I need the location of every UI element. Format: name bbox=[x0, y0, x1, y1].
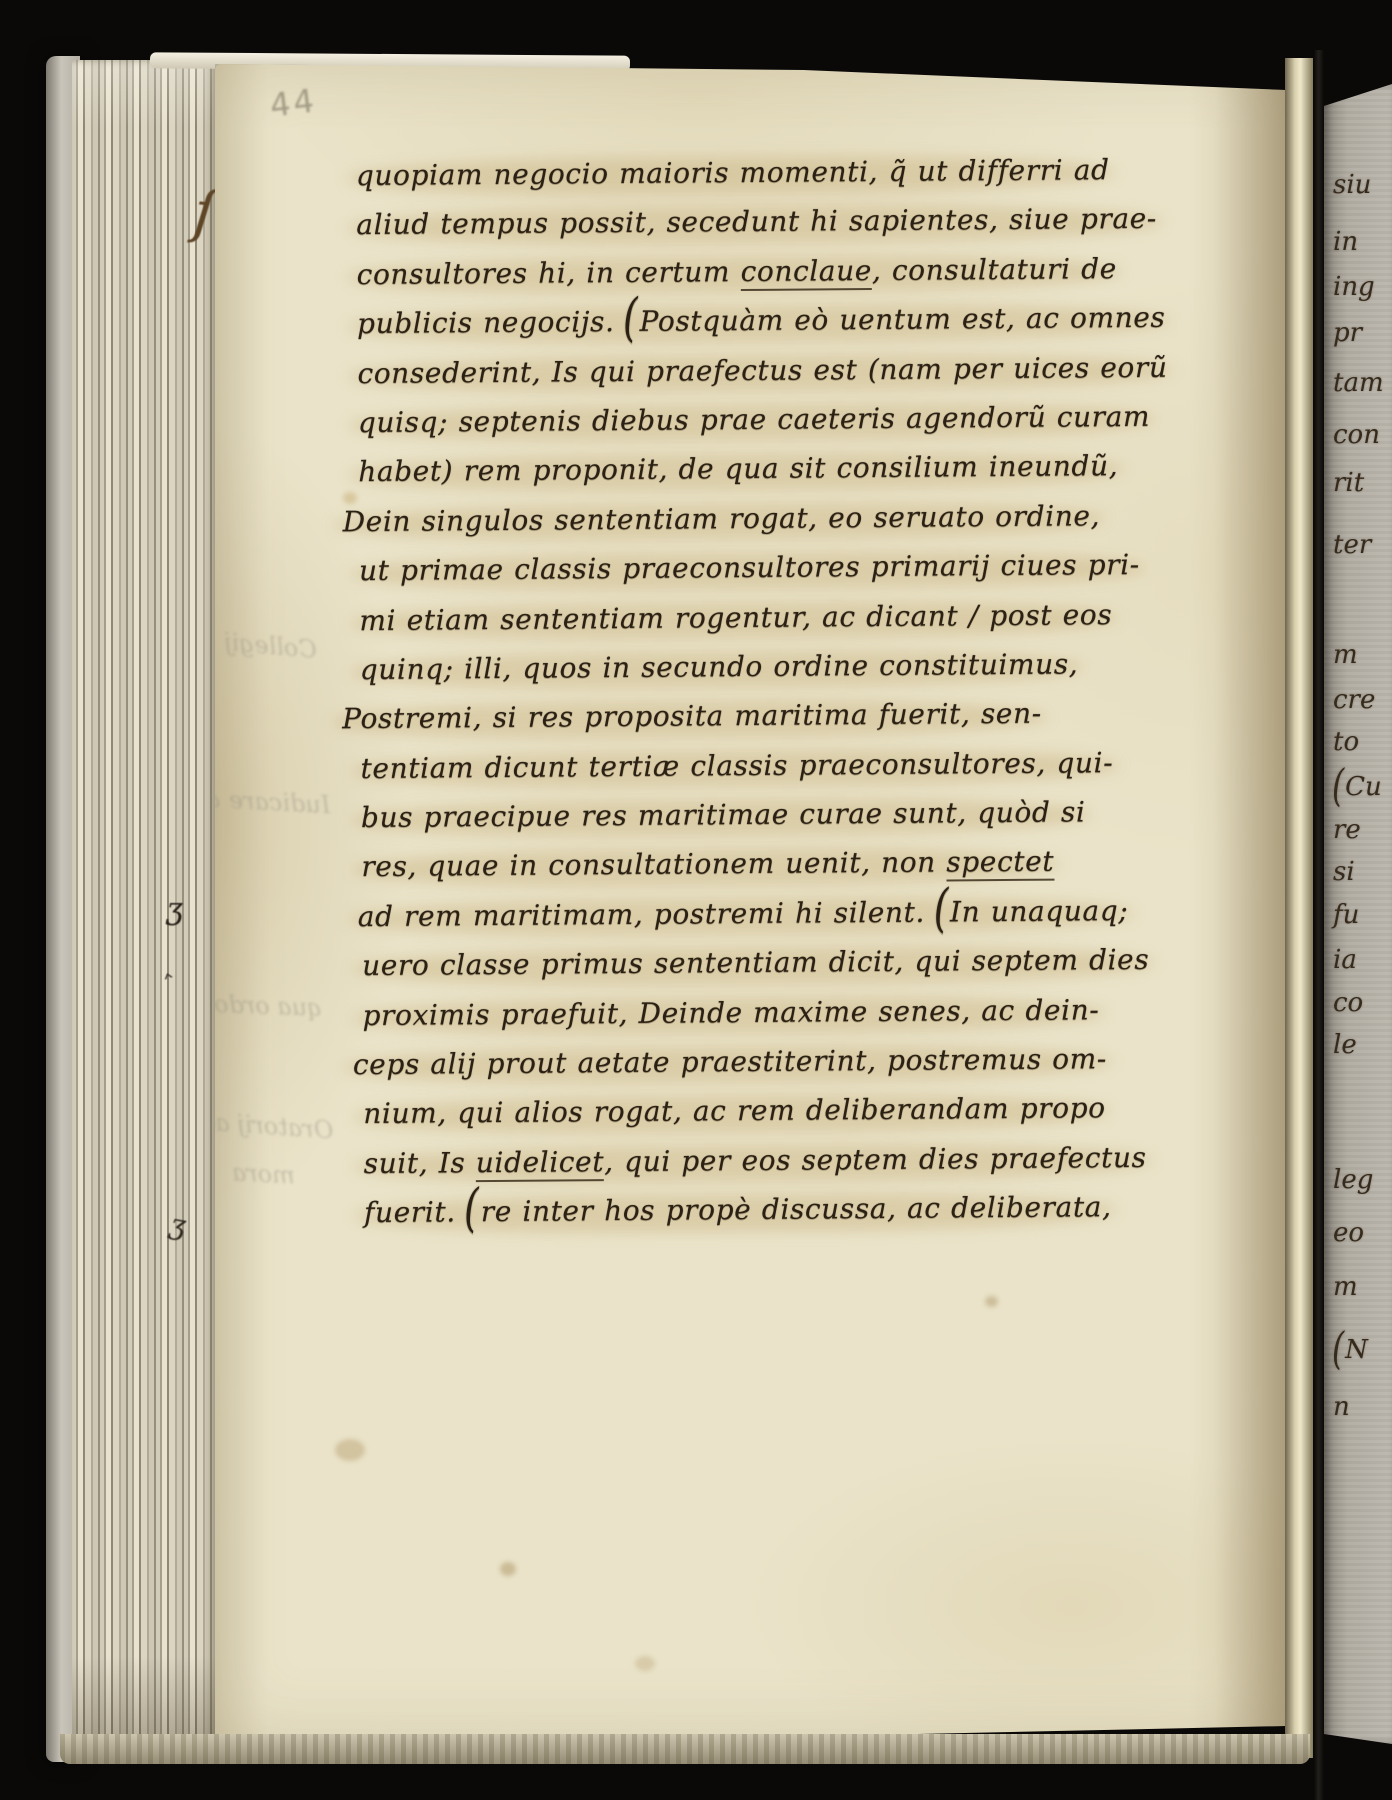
text-line: Postremi, si res proposita maritima fuer… bbox=[342, 689, 1042, 744]
bleedthrough-ghost-text: Oratorij ad bbox=[199, 1107, 334, 1144]
text-line: ut primae classis praeconsultores primar… bbox=[359, 540, 1140, 596]
text-line: proximis praefuit, Deinde maxime senes, … bbox=[362, 985, 1099, 1040]
line-text: bus praecipue res maritimae curae sunt, … bbox=[361, 795, 1086, 834]
line-text: res, quae in consultationem uenit, non bbox=[361, 846, 946, 884]
facing-page-word-fragment: con bbox=[1333, 420, 1380, 450]
text-line: mi etiam sententiam rogentur, ac dicant … bbox=[359, 590, 1112, 645]
book-photo: ſ ʒ ‸ ʒ 44 quopiam negocio maioris momen… bbox=[0, 0, 1392, 1800]
paper-stain bbox=[343, 492, 357, 504]
facing-page-word-fragment: si bbox=[1333, 857, 1355, 887]
bleedthrough-ghost-text: Iudicare q bbox=[205, 785, 331, 819]
facing-page-word-fragment: cre bbox=[1333, 685, 1375, 715]
paper-stain bbox=[500, 1562, 516, 1576]
facing-page-word-fragment: m bbox=[1333, 1272, 1358, 1302]
facing-page-word-fragment: pr bbox=[1333, 318, 1362, 348]
facing-page-word-fragment: co bbox=[1333, 988, 1363, 1018]
gutter-shadow bbox=[1215, 64, 1285, 1740]
text-line: tentiam dicunt tertiæ classis praeconsul… bbox=[360, 738, 1113, 793]
facing-page-word-fragment: in bbox=[1333, 227, 1358, 257]
line-text: publicis negocijs. bbox=[357, 305, 625, 340]
line-text: quisq; septenis diebus prae caeteris age… bbox=[358, 400, 1151, 439]
line-text: consultores hi, in certum bbox=[357, 255, 741, 291]
text-line: ceps alij prout aetate praestiterint, po… bbox=[353, 1034, 1107, 1089]
bleedthrough-ghost-text: Collegij bbox=[223, 628, 318, 664]
line-text: consederint, Is qui praefectus est (nam … bbox=[357, 350, 1167, 389]
line-text: Dein singulos sententiam rogat, eo serua… bbox=[343, 499, 1101, 538]
bleedthrough-ghost-text: qua ordo bbox=[214, 990, 323, 1022]
line-text: suit, Is bbox=[364, 1146, 476, 1180]
line-text: ceps alij prout aetate praestiterint, po… bbox=[353, 1042, 1107, 1081]
facing-page-word-fragment: fu bbox=[1333, 900, 1359, 930]
paper-stain bbox=[335, 1439, 365, 1461]
text-line: aliud tempus possit, secedunt hi sapient… bbox=[356, 194, 1157, 250]
line-text: Postremi, si res proposita maritima fuer… bbox=[342, 697, 1042, 735]
facing-page-text: siuiningprtamconrittermcreto(Curesifuiac… bbox=[1324, 84, 1392, 1744]
ink-mark: ʒ bbox=[166, 892, 183, 927]
line-text: proximis praefuit, Deinde maxime senes, … bbox=[362, 993, 1099, 1032]
line-text: Postquàm eò uentum est, ac omnes bbox=[639, 301, 1165, 338]
facing-page-word-fragment: re bbox=[1333, 815, 1361, 845]
facing-page-word-fragment: ter bbox=[1333, 530, 1371, 560]
text-line: publicis negocijs. (Postquàm eò uentum e… bbox=[357, 293, 1166, 349]
facing-page: siuiningprtamconrittermcreto(Curesifuiac… bbox=[1324, 84, 1392, 1744]
facing-page-word-fragment: ing bbox=[1333, 272, 1375, 302]
text-line: Dein singulos sententiam rogat, eo serua… bbox=[342, 491, 1100, 546]
text-line: quinq; illi, quos in secundo ordine cons… bbox=[360, 639, 1079, 694]
facing-page-word-fragment: leg bbox=[1333, 1165, 1373, 1195]
facing-page-word-fragment: (N bbox=[1333, 1335, 1368, 1365]
line-text: aliud tempus possit, secedunt hi sapient… bbox=[356, 202, 1157, 241]
line-text: habet) rem proponit, de qua sit consiliu… bbox=[358, 449, 1118, 488]
paper-stain bbox=[635, 1656, 655, 1671]
facing-page-word-fragment: siu bbox=[1333, 170, 1371, 200]
line-text: mi etiam sententiam rogentur, ac dicant … bbox=[359, 598, 1112, 637]
facing-page-word-fragment: eo bbox=[1333, 1218, 1364, 1248]
line-text: re inter hos propè discussa, ac delibera… bbox=[481, 1190, 1112, 1228]
insertion-bracket: ( bbox=[1332, 1325, 1344, 1376]
line-text: fuerit. bbox=[364, 1195, 466, 1229]
line-text: quopiam negocio maioris momenti, q̃ ut d… bbox=[356, 153, 1110, 192]
text-line: consultores hi, in certum conclaue, cons… bbox=[357, 244, 1118, 299]
line-text: quinq; illi, quos in secundo ordine cons… bbox=[360, 647, 1079, 686]
facing-page-word-fragment: le bbox=[1333, 1030, 1357, 1060]
page-stack-fore-edges bbox=[72, 60, 218, 1758]
text-line: ad rem maritimam, postremi hi silent. (I… bbox=[358, 886, 1129, 941]
insertion-bracket: ( bbox=[1332, 762, 1344, 813]
text-line: uero classe primus sententiam dicit, qui… bbox=[362, 935, 1149, 991]
facing-page-word-fragment: tam bbox=[1333, 368, 1384, 398]
text-line: bus praecipue res maritimae curae sunt, … bbox=[361, 787, 1086, 842]
facing-page-word-fragment: (Cu bbox=[1333, 772, 1382, 802]
text-line: quisq; septenis diebus prae caeteris age… bbox=[358, 392, 1151, 448]
manuscript-page: 44 quopiam negocio maioris momenti, q̃ u… bbox=[215, 64, 1285, 1740]
line-text: , consultaturi de bbox=[872, 252, 1117, 287]
text-line: fuerit. (re inter hos propè discussa, ac… bbox=[364, 1182, 1112, 1237]
facing-page-word-fragment: rit bbox=[1333, 468, 1364, 498]
gutter-gap bbox=[1313, 50, 1324, 1800]
facing-page-word-fragment: ia bbox=[1333, 945, 1357, 975]
underlined-word: uidelicet bbox=[476, 1145, 605, 1182]
facing-page-word-fragment: to bbox=[1333, 727, 1359, 757]
line-text: tentiam dicunt tertiæ classis praeconsul… bbox=[360, 746, 1113, 785]
insertion-bracket: ( bbox=[464, 1163, 480, 1255]
line-text: uero classe primus sententiam dicit, qui… bbox=[362, 943, 1149, 982]
line-text: ad rem maritimam, postremi hi silent. bbox=[358, 895, 936, 933]
text-block: quopiam negocio maioris momenti, q̃ ut d… bbox=[356, 145, 1145, 1238]
line-text: ut primae classis praeconsultores primar… bbox=[359, 548, 1140, 587]
bleedthrough-ghost-text: mora bbox=[231, 1158, 295, 1189]
text-line: nium, qui alios rogat, ac rem deliberand… bbox=[363, 1084, 1106, 1139]
text-line: consederint, Is qui praefectus est (nam … bbox=[357, 342, 1167, 398]
underlined-word: spectet bbox=[946, 845, 1054, 882]
text-line: habet) rem proponit, de qua sit consiliu… bbox=[358, 441, 1118, 496]
text-line: res, quae in consultationem uenit, non s… bbox=[361, 837, 1054, 892]
leaf-fore-edge bbox=[1285, 58, 1313, 1758]
line-text: nium, qui alios rogat, ac rem deliberand… bbox=[363, 1092, 1106, 1131]
book-bottom-edge bbox=[60, 1734, 1310, 1764]
paper-stain bbox=[985, 1296, 998, 1307]
text-line: suit, Is uidelicet, qui per eos septem d… bbox=[364, 1133, 1147, 1189]
line-text: , qui per eos septem dies praefectus bbox=[604, 1141, 1147, 1178]
folio-number-pencil: 44 bbox=[268, 81, 319, 124]
text-line: quopiam negocio maioris momenti, q̃ ut d… bbox=[356, 145, 1110, 200]
underlined-word: conclaue bbox=[740, 254, 872, 291]
line-text: In unaquaq; bbox=[950, 894, 1129, 928]
facing-page-word-fragment: n bbox=[1333, 1392, 1350, 1422]
facing-page-word-fragment: m bbox=[1333, 640, 1358, 670]
